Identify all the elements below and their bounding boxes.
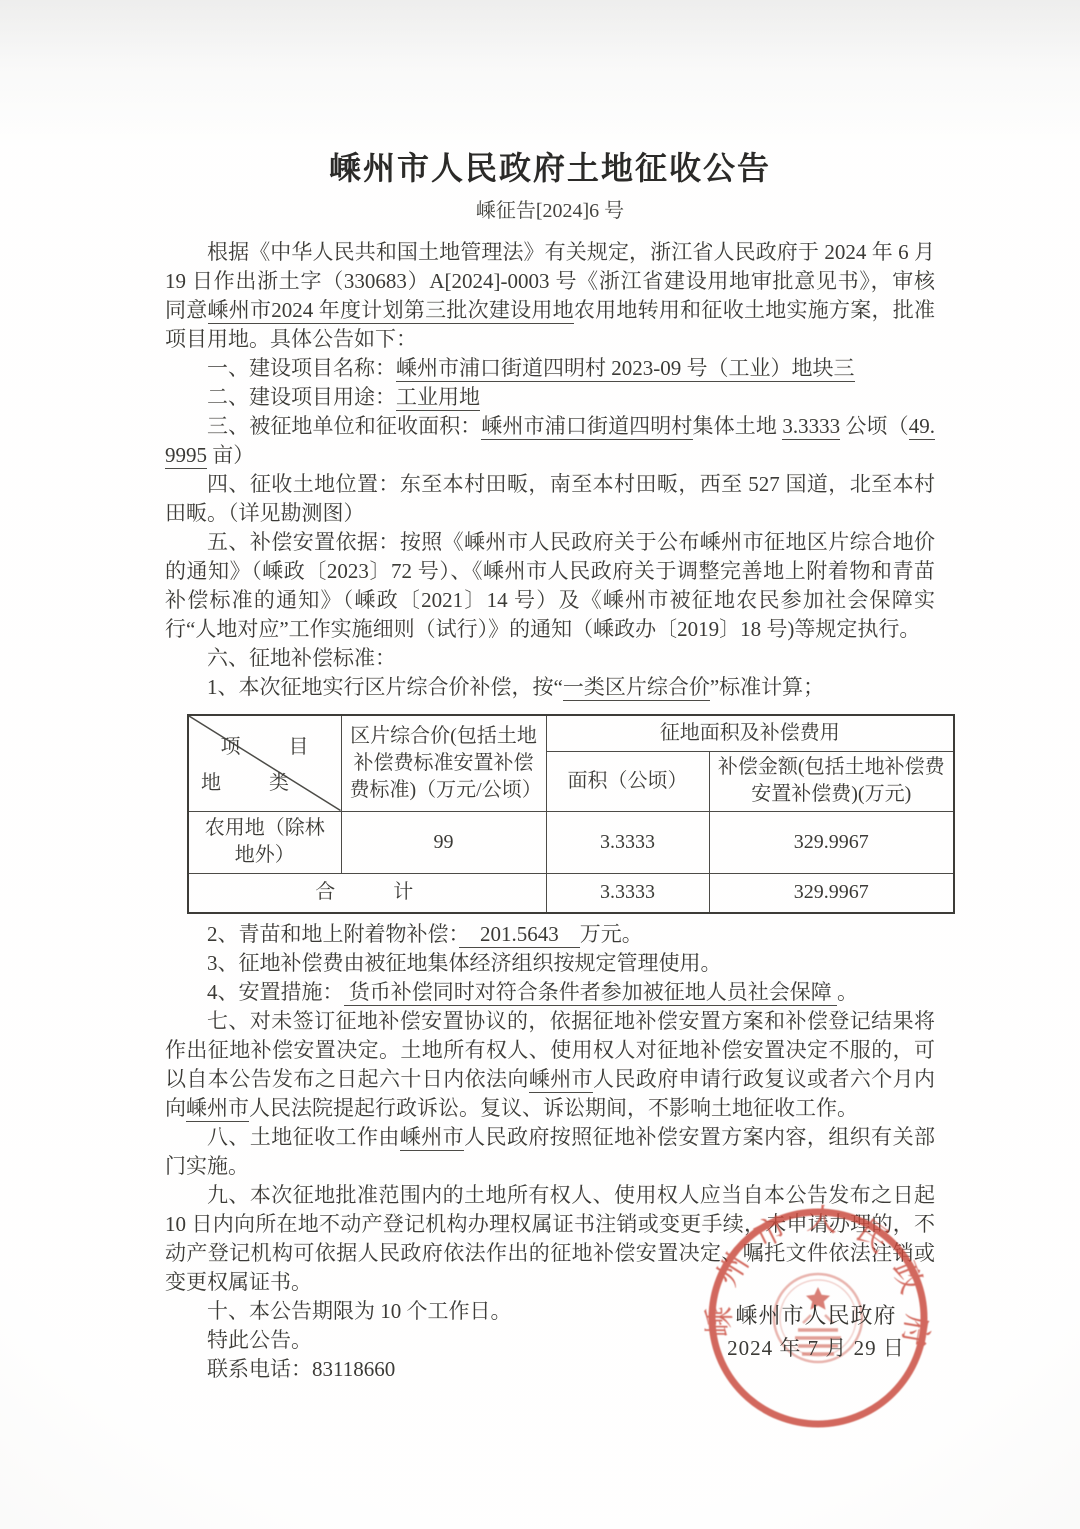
text-run: 四、征收土地位置：东至本村田畈，南至本村田畈，西至 527 国道，北至本村田畈。… bbox=[165, 472, 935, 525]
para-item7-objection: 七、对未签订征地补偿安置协议的，依据征地补偿安置方案和补偿登记结果将作出征地补偿… bbox=[165, 1007, 935, 1123]
signature-block: 嵊州市人民政府 2024 年 7 月 29 日 bbox=[703, 1303, 929, 1361]
para-sub2-seedling-compensation: 2、青苗和地上附着物补偿： 201.5643 万元。 bbox=[165, 920, 935, 949]
para-intro: 根据《中华人民共和国土地管理法》有关规定，浙江省人民政府于 2024 年 6 月… bbox=[165, 238, 935, 354]
table-corner-cell: 项 目 地 类 bbox=[188, 715, 341, 811]
para-item6-standard: 六、征地补偿标准： bbox=[165, 644, 935, 673]
text-run: 八、土地征收工作由 bbox=[207, 1125, 400, 1149]
text-run: 。 bbox=[837, 980, 858, 1004]
signature-date: 2024 年 7 月 29 日 bbox=[703, 1336, 929, 1361]
text-run: 二、建设项目用途： bbox=[207, 385, 396, 409]
para-item8-implementation: 八、土地征收工作由嵊州市人民政府按照征地补偿安置方案内容，组织有关部门实施。 bbox=[165, 1123, 935, 1181]
text-run: 亩） bbox=[207, 443, 254, 467]
amount-cell: 329.9967 bbox=[709, 811, 954, 873]
para-item2-land-use: 二、建设项目用途：工业用地 bbox=[165, 383, 935, 412]
underlined-text: 嵊州市2024 年度计划第三批次建设用地 bbox=[208, 298, 574, 324]
text-run: 万元。 bbox=[580, 922, 643, 946]
compensation-table: 项 目 地 类 区片综合价(包括土地补偿费标准安置补偿费标准)（万元/公顷） 征… bbox=[187, 714, 955, 914]
text-run: 3、征地补偿费由被征地集体经济组织按规定管理使用。 bbox=[207, 951, 722, 975]
area-header-cell: 面积（公顷） bbox=[546, 751, 709, 811]
para-sub4-resettlement-measures: 4、安置措施： 货币补偿同时对符合条件者参加被征地人员社会保障 。 bbox=[165, 978, 935, 1007]
underlined-text: 嵊州市浦口街道四明村 bbox=[481, 414, 692, 440]
underlined-text: 嵊州市 bbox=[529, 1067, 593, 1093]
underlined-text: 201.5643 bbox=[459, 922, 580, 948]
total-label-cell: 合 计 bbox=[188, 873, 546, 913]
underlined-text: 3.3333 bbox=[782, 414, 840, 440]
corner-label-project: 项 目 bbox=[221, 734, 323, 761]
total-area-cell: 3.3333 bbox=[546, 873, 709, 913]
para-sub3-fund-management: 3、征地补偿费由被征地集体经济组织按规定管理使用。 bbox=[165, 949, 935, 978]
text-run: 公顷（ bbox=[840, 414, 909, 438]
text-run: 五、补偿安置依据：按照《嵊州市人民政府关于公布嵊州市征地区片综合地价的通知》（嵊… bbox=[165, 530, 935, 641]
underlined-text: 嵊州市 bbox=[400, 1125, 464, 1151]
price-header-cell: 区片综合价(包括土地补偿费标准安置补偿费标准)（万元/公顷） bbox=[341, 715, 546, 811]
price-cell: 99 bbox=[341, 811, 546, 873]
announcement-title: 嵊州市人民政府土地征收公告 bbox=[165, 148, 935, 188]
total-amount-cell: 329.9967 bbox=[709, 873, 954, 913]
para-sub1-comprehensive-price: 1、本次征地实行区片综合价补偿，按“一类区片综合价”标准计算； bbox=[165, 673, 935, 702]
group-header-cell: 征地面积及补偿费用 bbox=[546, 715, 954, 751]
text-run: 特此公告。 bbox=[207, 1328, 312, 1352]
area-cell: 3.3333 bbox=[546, 811, 709, 873]
text-run: 六、征地补偿标准： bbox=[207, 646, 396, 670]
text-run: 1、本次征地实行区片综合价补偿，按“ bbox=[207, 675, 563, 699]
doc-number: 嵊征告[2024]6 号 bbox=[165, 198, 935, 224]
para-item3-unit-and-area: 三、被征地单位和征收面积：嵊州市浦口街道四明村集体土地 3.3333 公顷（49… bbox=[165, 412, 935, 470]
underlined-text: 嵊州市 bbox=[186, 1096, 249, 1122]
text-run: 2、青苗和地上附着物补偿： bbox=[207, 922, 459, 946]
text-run: 人民法院提起行政诉讼。复议、诉讼期间，不影响土地征收工作。 bbox=[249, 1096, 858, 1120]
text-run: ”标准计算； bbox=[710, 675, 824, 699]
para-item1-project-name: 一、建设项目名称：嵊州市浦口街道四明村 2023-09 号（工业）地块三 bbox=[165, 354, 935, 383]
amount-header-cell: 补偿金额(包括土地补偿费安置补偿费)(万元) bbox=[709, 751, 954, 811]
underlined-text: 货币补偿同时对符合条件者参加被征地人员社会保障 bbox=[344, 980, 838, 1006]
text-run: 4、安置措施： bbox=[207, 980, 344, 1004]
underlined-text: 嵊州市浦口街道四明村 2023-09 号（工业）地块三 bbox=[396, 356, 855, 382]
signature-org: 嵊州市人民政府 bbox=[703, 1303, 929, 1329]
text-run: 一、建设项目名称： bbox=[207, 356, 396, 380]
text-run: 十、本公告期限为 10 个工作日。 bbox=[207, 1299, 512, 1323]
land-type-cell: 农用地（除林地外） bbox=[188, 811, 341, 873]
para-item4-location: 四、征收土地位置：东至本村田畈，南至本村田畈，西至 527 国道，北至本村田畈。… bbox=[165, 470, 935, 528]
text-run: 三、被征地单位和征收面积： bbox=[207, 414, 481, 438]
corner-label-landclass: 地 类 bbox=[201, 770, 303, 797]
para-item5-basis: 五、补偿安置依据：按照《嵊州市人民政府关于公布嵊州市征地区片综合地价的通知》（嵊… bbox=[165, 528, 935, 644]
text-run: 集体土地 bbox=[693, 414, 783, 438]
underlined-text: 工业用地 bbox=[396, 385, 480, 411]
underlined-text: 一类区片综合价 bbox=[563, 675, 710, 701]
text-run: 联系电话：83118660 bbox=[207, 1357, 395, 1381]
